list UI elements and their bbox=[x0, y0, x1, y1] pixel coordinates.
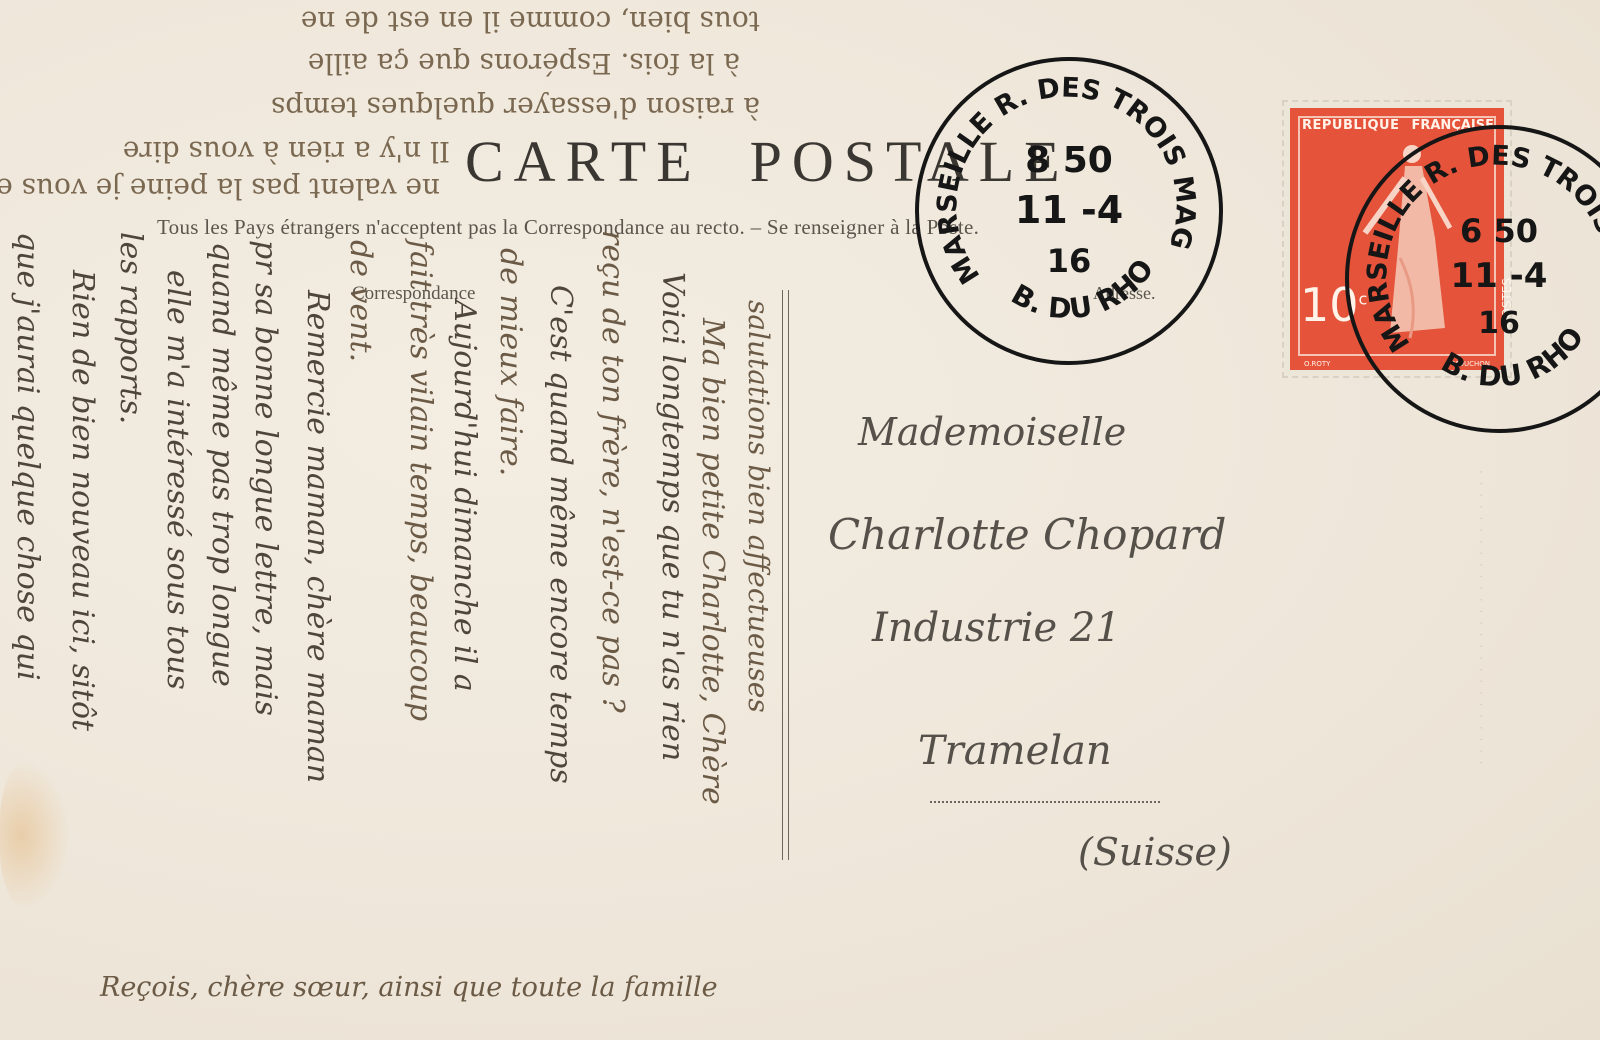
message-column: de mieux faire. bbox=[493, 248, 528, 476]
city-underline bbox=[930, 795, 1160, 803]
upside-down-line: Il n'y a rien à vous dire bbox=[123, 135, 450, 168]
age-stain bbox=[0, 760, 70, 910]
title-word-carte: CARTE bbox=[465, 128, 702, 195]
postmark-year: 16 bbox=[919, 245, 1219, 277]
address-line-name: Charlotte Chopard bbox=[828, 510, 1226, 559]
divider-line bbox=[782, 290, 789, 860]
message-column: reçu de ton frère, n'est-ce pas ? bbox=[595, 230, 630, 713]
postmark-year: 16 bbox=[1349, 309, 1600, 339]
message-column: Remercie maman, chère maman bbox=[300, 290, 335, 783]
message-column: que j'aurai quelque chose qui bbox=[10, 232, 45, 681]
message-column: de vent. bbox=[343, 240, 378, 362]
margin-salutation: salutations bien affectueuses bbox=[742, 300, 775, 713]
postmark-main: MARSEILLE R. DES TROIS MAGES B. DU RHONE… bbox=[915, 57, 1223, 365]
closing-line: Reçois, chère sœur, ainsi que toute la f… bbox=[100, 972, 718, 1003]
message-column: pr sa bonne longue lettre, mais bbox=[248, 240, 283, 716]
postmark-time: 8 50 bbox=[919, 143, 1219, 179]
postmark-stamp-cancel: MARSEILLE R. DES TROIS B. DU RHONE 6 50 … bbox=[1345, 125, 1600, 433]
address-line-street: Industrie 21 bbox=[872, 605, 1121, 651]
postcard-back: tous bien, comme il en est de ne à la fo… bbox=[0, 0, 1600, 1040]
message-column: les rapports. bbox=[113, 232, 148, 424]
message-column: elle m'a intéressé sous tous bbox=[160, 270, 195, 690]
upside-down-line: ne valent pas la peine je vous envoie bbox=[0, 172, 440, 205]
message-column: C'est quand même encore temps bbox=[543, 285, 578, 784]
message-column: Aujourd'hui dimanche il a bbox=[447, 300, 482, 692]
message-column: Voici longtemps que tu n'as rien bbox=[655, 272, 690, 761]
faint-publisher-text: · · · · · · · · · · · · · · · · · · · · … bbox=[1474, 470, 1488, 767]
printed-notice: Tous les Pays étrangers n'acceptent pas … bbox=[157, 215, 979, 240]
upside-down-line: à raison d'essayer quelques temps bbox=[271, 91, 760, 124]
message-column: quand même pas trop longue bbox=[205, 242, 240, 687]
message-column: Rien de bien nouveau ici, sitôt bbox=[65, 270, 100, 731]
stamp-engraver-left: O.ROTY bbox=[1304, 360, 1330, 368]
postmark-time: 6 50 bbox=[1349, 215, 1600, 247]
address-line-country: (Suisse) bbox=[1078, 830, 1232, 874]
message-column: fait très vilain temps, beaucoup bbox=[403, 240, 438, 721]
upside-down-line: à la fois. Espérons que ça aille bbox=[308, 47, 740, 80]
postmark-date: 11 -4 bbox=[1349, 259, 1600, 293]
upside-down-line: tous bien, comme il en est de ne bbox=[301, 5, 760, 38]
address-line-title: Mademoiselle bbox=[858, 410, 1126, 454]
address-line-city: Tramelan bbox=[918, 728, 1112, 774]
message-column: Ma bien petite Charlotte, Chère bbox=[695, 318, 730, 805]
postmark-date: 11 -4 bbox=[919, 191, 1219, 229]
